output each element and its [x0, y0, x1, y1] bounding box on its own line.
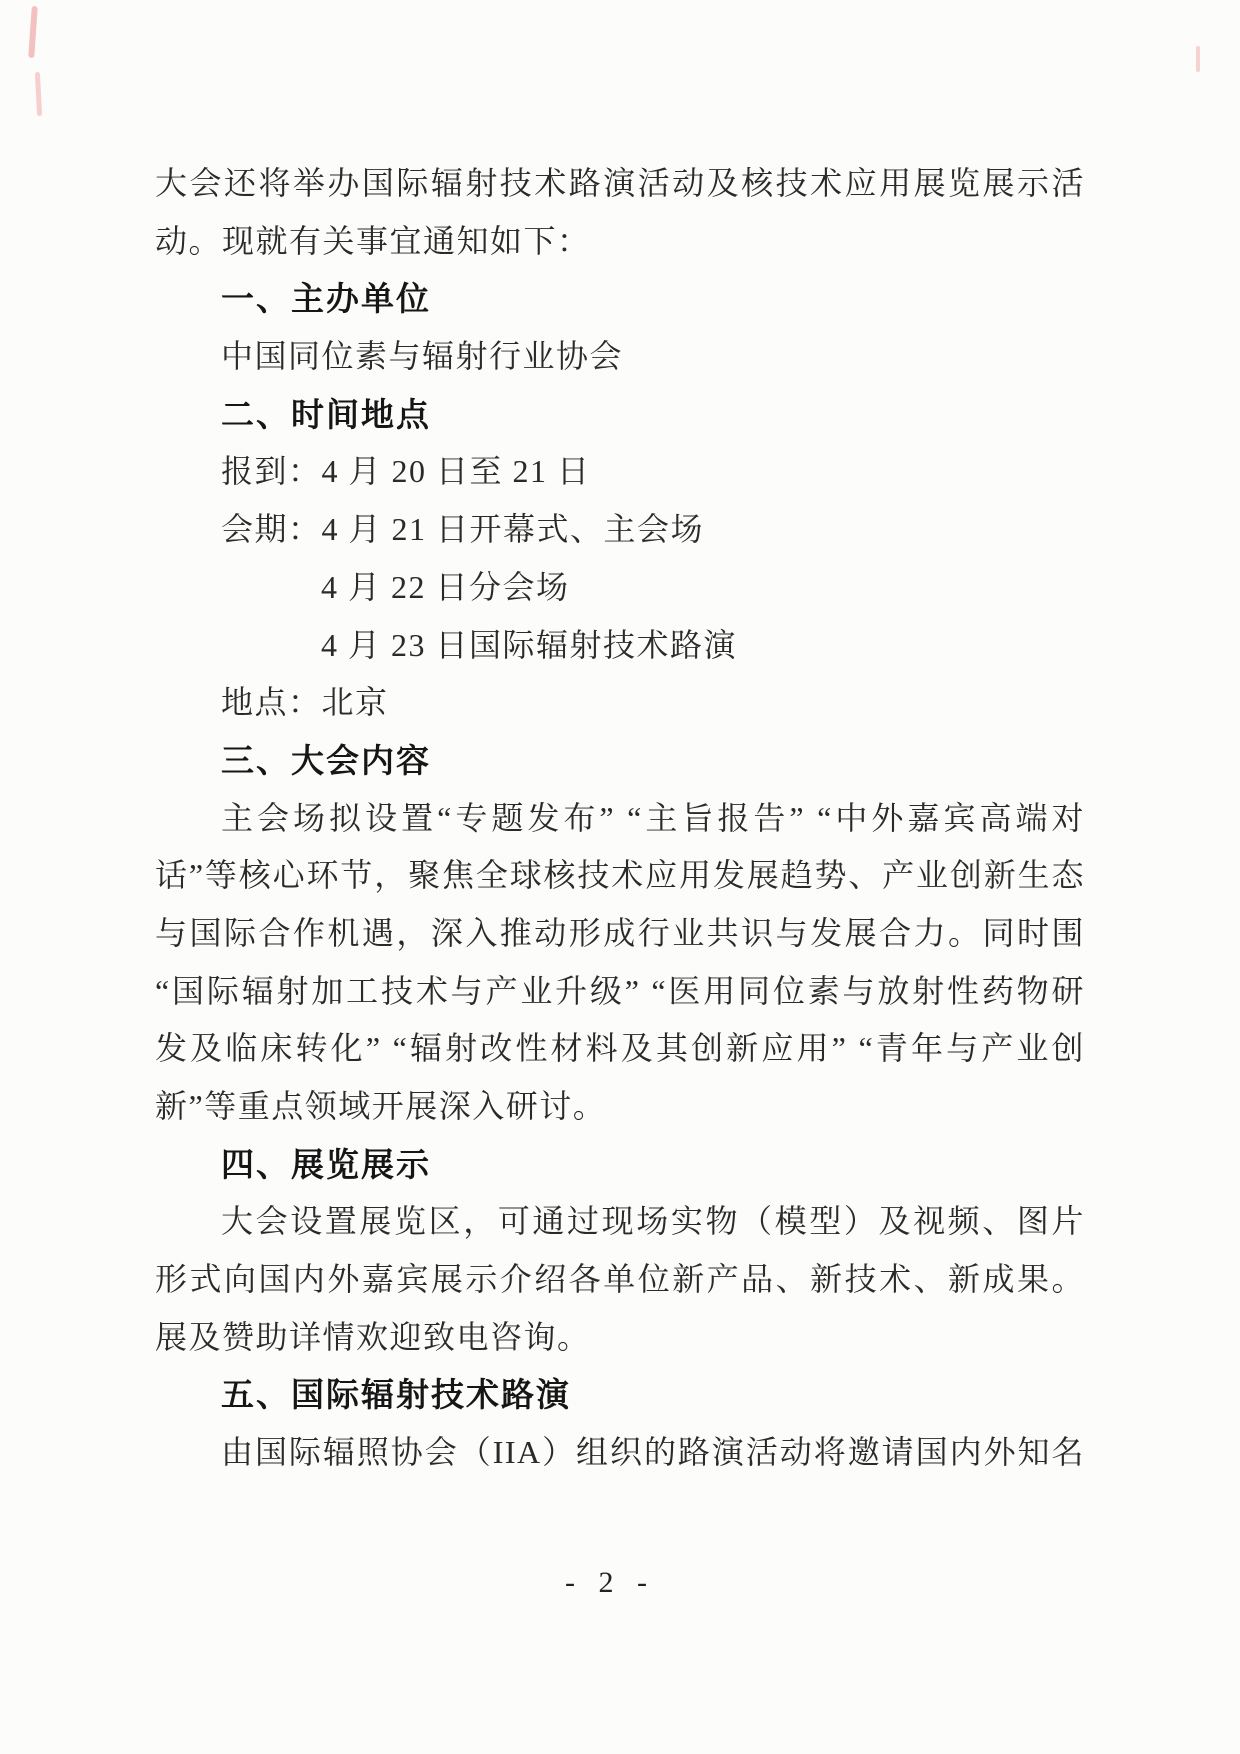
section-2-line: 4 月 22 日分会场 [321, 559, 1085, 617]
section-2-heading: 二、时间地点 [221, 386, 1085, 444]
page-number: - 2 - [0, 1566, 1220, 1600]
section-1-line: 中国同位素与辐射行业协会 [221, 328, 1085, 386]
section-2-line: 报到：4 月 20 日至 21 日 [221, 443, 1085, 501]
document-body: 大会还将举办国际辐射技术路演活动及核技术应用展览展示活 动。现就有关事宜通知如下… [155, 0, 1085, 1482]
section-5-heading: 五、国际辐射技术路演 [221, 1366, 1085, 1424]
intro-line: 大会还将举办国际辐射技术路演活动及核技术应用展览展示活 [155, 155, 1085, 213]
section-2-line: 地点：北京 [221, 674, 1085, 732]
section-4-heading: 四、展览展示 [221, 1136, 1085, 1194]
section-3-line: 发及临床转化” “辐射改性材料及其创新应用” “青年与产业创 [155, 1020, 1085, 1078]
section-3-line: 新”等重点领域开展深入研讨。 [155, 1078, 1085, 1136]
scan-artifact [1196, 46, 1200, 72]
section-3-heading: 三、大会内容 [221, 732, 1085, 790]
document-page: 大会还将举办国际辐射技术路演活动及核技术应用展览展示活 动。现就有关事宜通知如下… [0, 0, 1240, 1754]
section-3-line: 话”等核心环节，聚焦全球核技术应用发展趋势、产业创新生态 [155, 847, 1085, 905]
section-3-line: 与国际合作机遇，深入推动形成行业共识与发展合力。同时围绕 [155, 905, 1085, 963]
section-4-line: 大会设置展览区，可通过现场实物（模型）及视频、图片等 [221, 1193, 1085, 1251]
section-5-line: 由国际辐照协会（IIA）组织的路演活动将邀请国内外知名企 [221, 1424, 1085, 1482]
scan-artifact [28, 6, 38, 58]
intro-line: 动。现就有关事宜通知如下： [155, 213, 1085, 271]
section-4-line: 展及赞助详情欢迎致电咨询。 [155, 1309, 1085, 1367]
scan-artifact [35, 72, 42, 116]
section-2-line: 会期：4 月 21 日开幕式、主会场 [221, 501, 1085, 559]
section-2-line: 4 月 23 日国际辐射技术路演 [321, 617, 1085, 675]
section-3-line: 主会场拟设置“专题发布” “主旨报告” “中外嘉宾高端对 [221, 790, 1085, 848]
section-1-heading: 一、主办单位 [221, 270, 1085, 328]
section-3-line: “国际辐射加工技术与产业升级” “医用同位素与放射性药物研 [155, 963, 1085, 1021]
section-4-line: 形式向国内外嘉宾展示介绍各单位新产品、新技术、新成果。参 [155, 1251, 1085, 1309]
